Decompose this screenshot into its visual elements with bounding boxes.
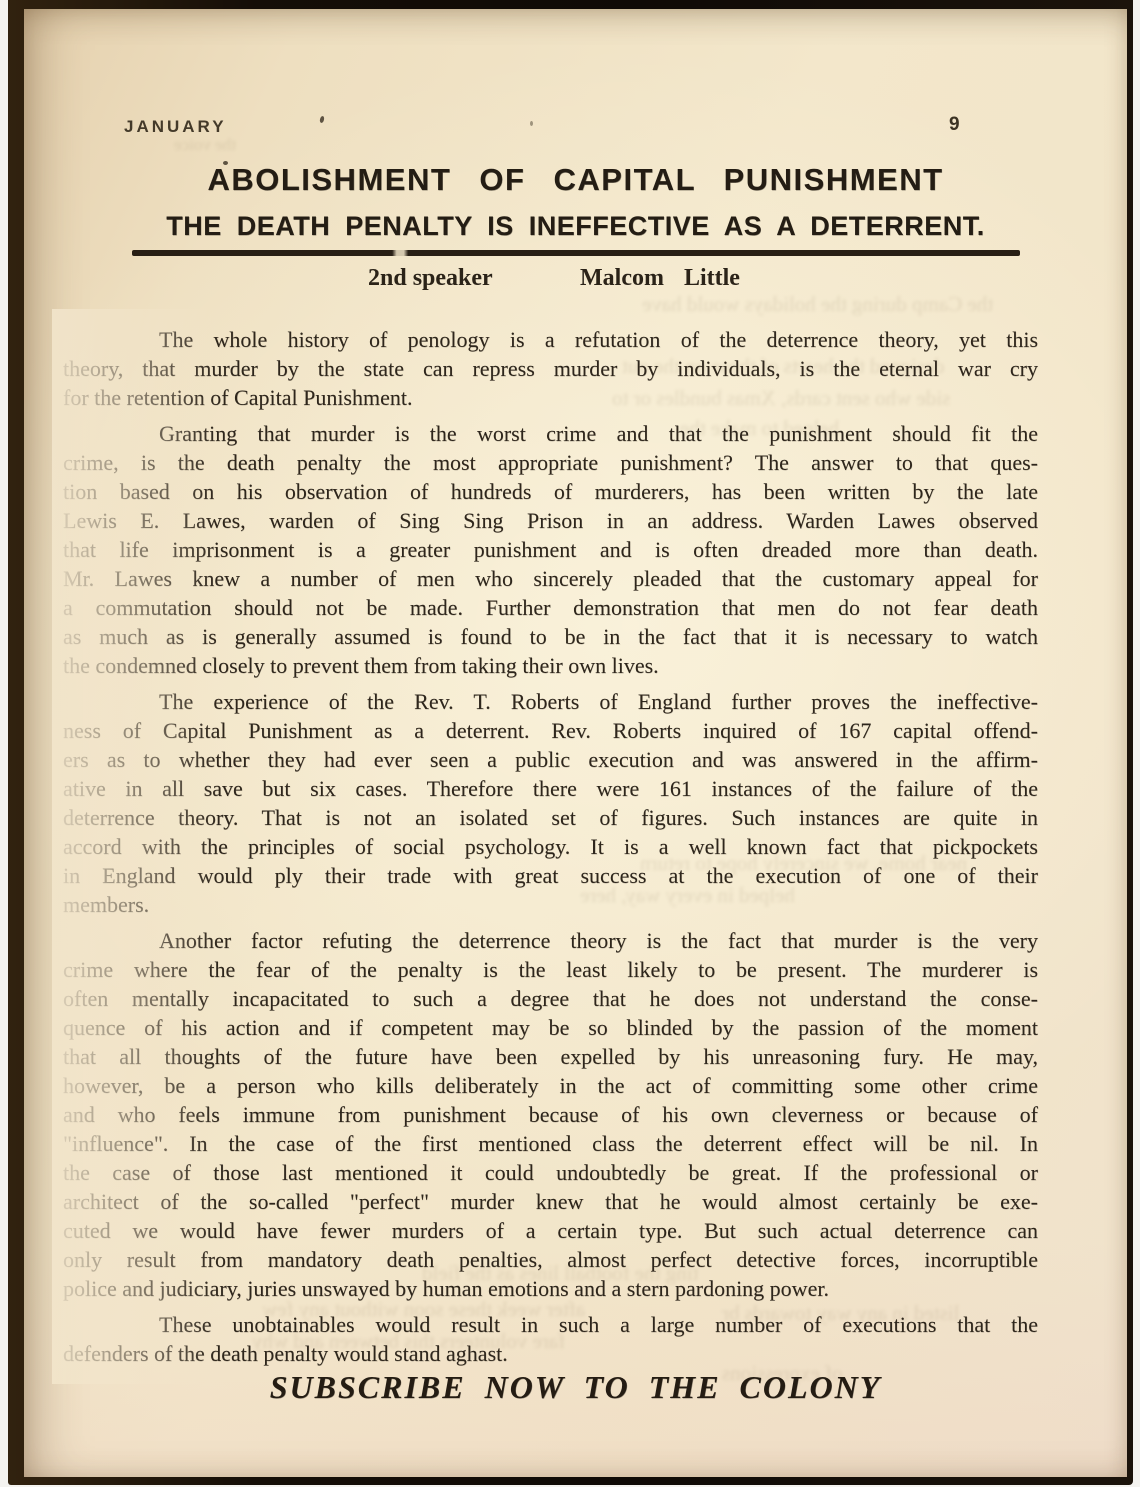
text-line: however, be a person who kills deliberat… xyxy=(63,1071,1038,1100)
text-line: the condemned closely to prevent them fr… xyxy=(63,651,1038,680)
text-line: only result from mandatory death penalti… xyxy=(63,1245,1038,1274)
text-line: police and judiciary, juries unswayed by… xyxy=(63,1274,1038,1303)
article-subtitle: THE DEATH PENALTY IS INEFFECTIVE AS A DE… xyxy=(24,211,1127,242)
paragraph: The whole history of penology is a refut… xyxy=(63,325,1038,412)
text-line: the case of those last mentioned it coul… xyxy=(63,1158,1038,1187)
paragraph: Another factor refuting the deterrence t… xyxy=(63,926,1038,1303)
text-line: ers as to whether they had ever seen a p… xyxy=(63,745,1038,774)
speaker-label: 2nd speaker xyxy=(368,265,493,292)
article-body: The whole history of penology is a refut… xyxy=(63,325,1038,1368)
text-line: architect of the so-called "perfect" mur… xyxy=(63,1187,1038,1216)
text-line: for the retention of Capital Punishment. xyxy=(63,383,1038,412)
paragraph: Granting that murder is the worst crime … xyxy=(63,419,1038,680)
paragraph: These unobtainables would result in such… xyxy=(63,1310,1038,1368)
text-line: "influence". In the case of the first me… xyxy=(63,1129,1038,1158)
text-line: The whole history of penology is a refut… xyxy=(63,325,1038,354)
bleedthrough-text: the voice xyxy=(174,135,236,155)
text-line: Lewis E. Lawes, warden of Sing Sing Pris… xyxy=(63,506,1038,535)
running-head: JANUARY 9 xyxy=(24,9,1127,69)
subtitle-underline xyxy=(132,250,1020,256)
text-line: deterrence theory. That is not an isolat… xyxy=(63,803,1038,832)
paragraph: The experience of the Rev. T. Roberts of… xyxy=(63,687,1038,919)
text-line: that life imprisonment is a greater puni… xyxy=(63,535,1038,564)
text-line: ative in all save but six cases. Therefo… xyxy=(63,774,1038,803)
page-number: 9 xyxy=(949,114,960,136)
article-title: ABOLISHMENT OF CAPITAL PUNISHMENT xyxy=(24,162,1127,198)
text-line: in England would ply their trade with gr… xyxy=(63,861,1038,890)
ink-speck xyxy=(530,121,533,126)
issue-month-label: JANUARY xyxy=(124,117,227,137)
text-line: and who feels immune from punishment bec… xyxy=(63,1100,1038,1129)
text-line: a commutation should not be made. Furthe… xyxy=(63,593,1038,622)
text-line: members. xyxy=(63,890,1038,919)
text-line: often mentally incapacitated to such a d… xyxy=(63,984,1038,1013)
text-line: cuted we would have fewer murders of a c… xyxy=(63,1216,1038,1245)
text-line: ness of Capital Punishment as a deterren… xyxy=(63,716,1038,745)
scanned-page: the voicethe Camp during the holidays wo… xyxy=(0,0,1140,1487)
text-line: theory, that murder by the state can rep… xyxy=(63,354,1038,383)
text-line: The experience of the Rev. T. Roberts of… xyxy=(63,687,1038,716)
text-line: that all thoughts of the future have bee… xyxy=(63,1042,1038,1071)
footer-banner: SUBSCRIBE NOW TO THE COLONY xyxy=(24,1369,1127,1406)
text-line: Granting that murder is the worst crime … xyxy=(63,419,1038,448)
text-line: crime, is the death penalty the most app… xyxy=(63,448,1038,477)
ink-speck xyxy=(319,116,325,124)
text-line: as much as is generally assumed is found… xyxy=(63,622,1038,651)
text-line: These unobtainables would result in such… xyxy=(63,1310,1038,1339)
text-line: Another factor refuting the deterrence t… xyxy=(63,926,1038,955)
text-line: defenders of the death penalty would sta… xyxy=(63,1339,1038,1368)
text-line: Mr. Lawes knew a number of men who since… xyxy=(63,564,1038,593)
text-line: quence of his action and if competent ma… xyxy=(63,1013,1038,1042)
text-line: tion based on his observation of hundred… xyxy=(63,477,1038,506)
headline-block: ABOLISHMENT OF CAPITAL PUNISHMENT THE DE… xyxy=(24,162,1127,256)
byline: 2nd speaker Malcom Little xyxy=(24,265,1127,299)
speaker-name: Malcom Little xyxy=(580,265,740,292)
text-line: accord with the principles of social psy… xyxy=(63,832,1038,861)
text-line: crime where the fear of the penalty is t… xyxy=(63,955,1038,984)
page-paper: the voicethe Camp during the holidays wo… xyxy=(24,9,1127,1477)
